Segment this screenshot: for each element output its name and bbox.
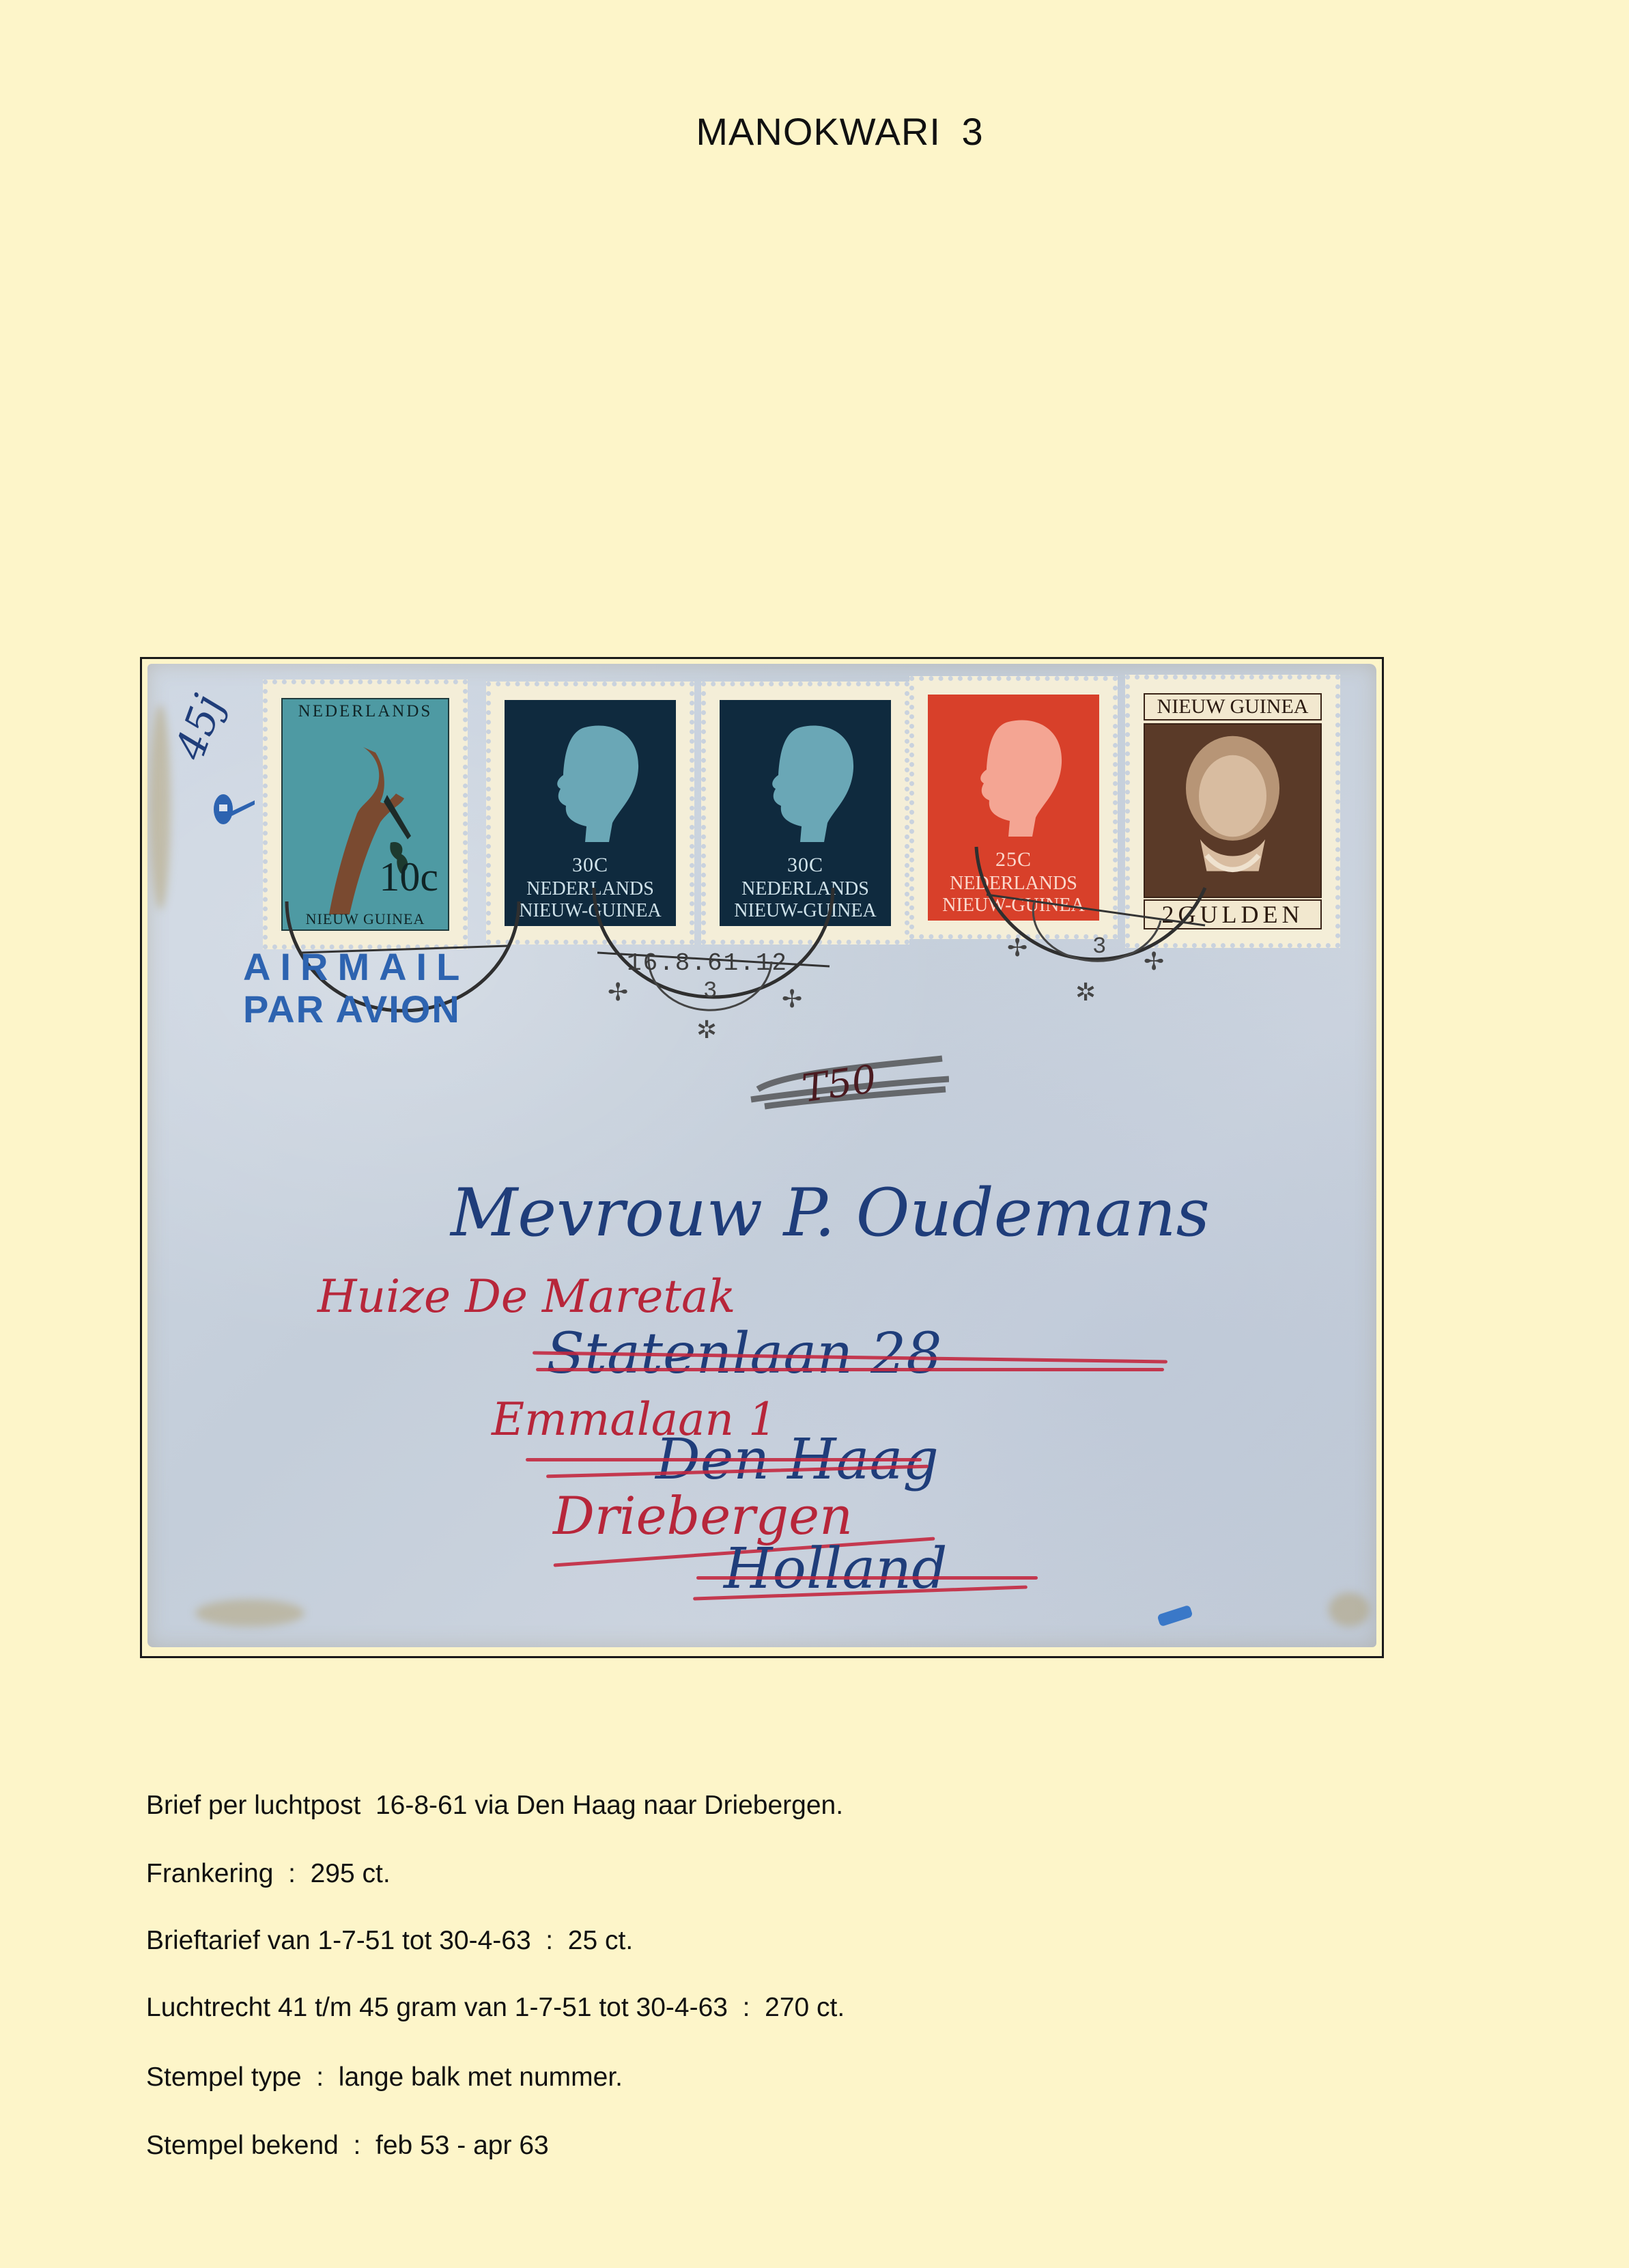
description-line: Stempel bekend : feb 53 - apr 63: [146, 2131, 549, 2161]
stamp-country: NEDERLANDS: [283, 702, 448, 721]
cross-icon: ✢: [782, 985, 802, 1013]
stamp-country: NIEUW GUINEA: [1144, 693, 1322, 720]
queen-profile-icon: [967, 715, 1070, 838]
description-line: Luchtrecht 41 t/m 45 gram van 1-7-51 tot…: [146, 1993, 845, 2023]
asterisk-icon: ✲: [1075, 978, 1096, 1006]
postmark-number: 3: [703, 979, 717, 1005]
strike-line: [536, 1368, 1164, 1371]
cross-icon: ✢: [1144, 947, 1164, 975]
airmail-label: AIRMAIL PAR AVION: [243, 946, 469, 1031]
strike-line: [696, 1576, 1038, 1580]
strike-line: [526, 1458, 922, 1461]
airplane-icon: [208, 785, 256, 833]
postmark-number: 3: [1092, 934, 1106, 960]
cross-icon: ✢: [608, 978, 628, 1006]
airmail-text: AIRMAIL: [243, 946, 469, 988]
par-avion-text: PAR AVION: [243, 988, 469, 1031]
postmark-date: 16.8.61.12: [627, 949, 788, 977]
forwarding-line-1: Huize De Maretak: [317, 1270, 735, 1323]
description-line: Stempel type : lange balk met nummer.: [146, 2062, 623, 2092]
stamp-value: 30C: [720, 854, 891, 877]
addressee: Mevrouw P. Oudemans: [451, 1175, 1210, 1251]
description-line: Frankering : 295 ct.: [146, 1859, 391, 1889]
description-line: Brief per luchtpost 16-8-61 via Den Haag…: [146, 1791, 843, 1821]
age-stain: [1329, 1593, 1370, 1627]
age-stain: [195, 1599, 304, 1627]
cross-icon: ✢: [1007, 934, 1028, 962]
page-title: MANOKWARI 3: [0, 109, 1629, 154]
asterisk-icon: ✲: [696, 1016, 717, 1044]
age-stain: [150, 705, 171, 910]
queen-profile-icon: [544, 720, 647, 843]
ink-mark: [1157, 1605, 1193, 1627]
queen-profile-icon: [759, 720, 862, 843]
stamp-value: 30C: [505, 854, 676, 877]
postmark-3: 3 ✢ ✢ ✲: [959, 833, 1219, 1045]
description-line: Brieftarief van 1-7-51 tot 30-4-63 : 25 …: [146, 1926, 633, 1956]
